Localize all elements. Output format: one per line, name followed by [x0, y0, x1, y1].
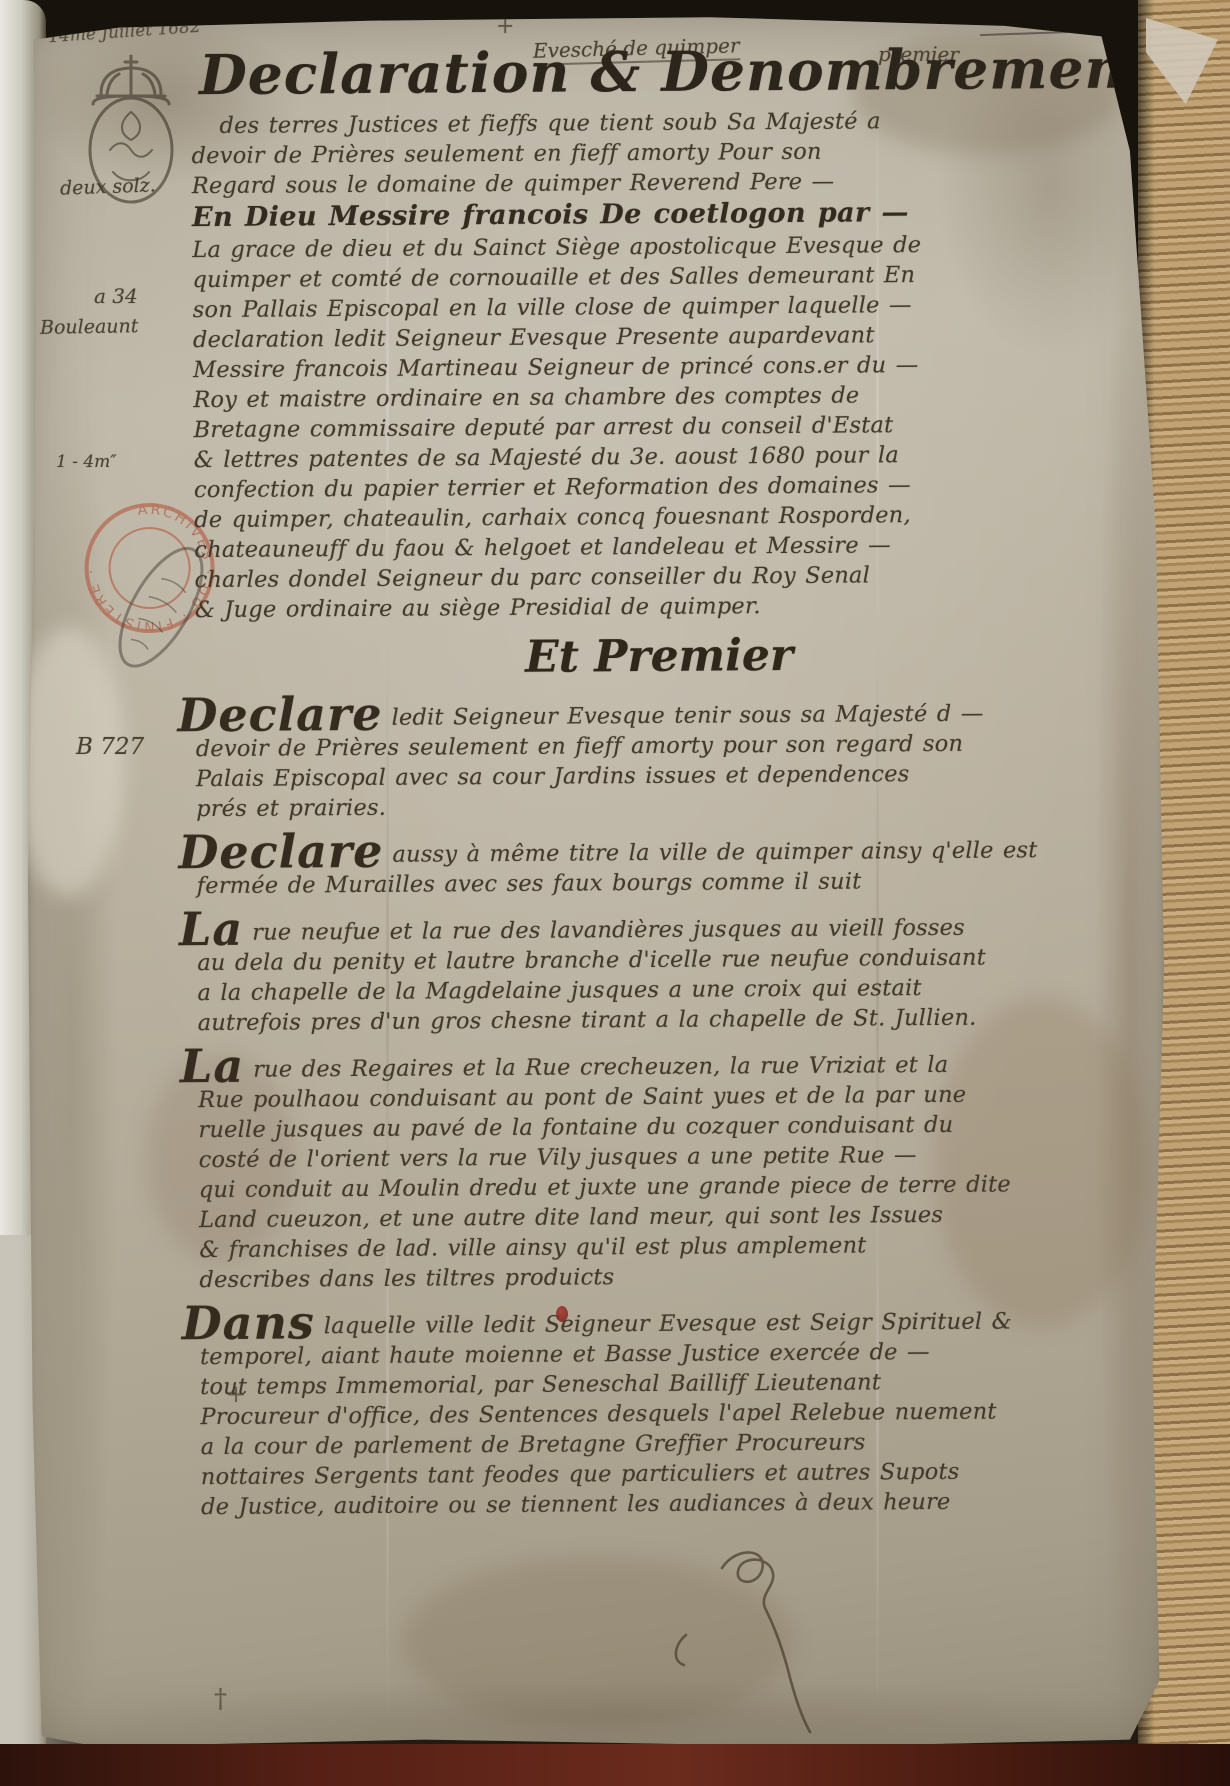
manuscript-line: Procureur d'office, des Sentences desque… — [200, 1396, 1092, 1432]
line-text: chateauneuff du faou & helgoet et landel… — [194, 532, 891, 563]
line-text: de Justice, auditoire ou se tiennent les… — [201, 1489, 951, 1520]
manuscript-line: au dela du penity et lautre branche d'ic… — [197, 942, 1089, 978]
notary-paraph-icon — [626, 1540, 886, 1744]
manuscript-line: & Juge ordinaire au siège Presidial de q… — [195, 589, 1087, 625]
line-text: describes dans les tiltres produicts — [199, 1264, 614, 1293]
paragraph-rue-1: Larue neufue et la rue des lavandières j… — [197, 908, 1090, 1038]
line-text: En Dieu Messire francois De coetlogon pa… — [192, 197, 909, 233]
manuscript-line: nottaires Sergents tant feodes que parti… — [201, 1456, 1093, 1492]
line-text: de quimper, chateaulin, carhaix concq fo… — [194, 502, 911, 533]
line-text: Land cueuzon, et une autre dite land meu… — [199, 1202, 943, 1233]
line-lead: Declare — [177, 704, 382, 725]
folio-name-note: Bouleaunt — [40, 315, 139, 339]
line-text: autrefois pres d'un gros chesne tirant a… — [198, 1005, 977, 1036]
line-text: ledit Seigneur Evesque tenir sous sa Maj… — [391, 701, 983, 731]
bottom-binding-edge — [0, 1744, 1230, 1786]
archive-cote-note: B 727 — [76, 734, 144, 760]
date-note: 14me Juillet 1682 — [47, 17, 201, 48]
line-text: rue des Regaires et la Rue crecheuzen, l… — [253, 1052, 948, 1083]
manuscript-line: de Justice, auditoire ou se tiennent les… — [201, 1486, 1093, 1522]
line-text: laquelle ville ledit Seigneur Evesque es… — [324, 1308, 1012, 1339]
line-text: aussy à même titre la ville de quimper a… — [392, 837, 1037, 868]
wax-dot — [556, 1306, 568, 1322]
line-text: a la chapelle de la Magdelaine jusques a… — [197, 975, 921, 1006]
line-text: charles dondel Seigneur du parc conseill… — [195, 562, 871, 593]
manuscript-line: autrefois pres d'un gros chesne tirant a… — [198, 1002, 1090, 1038]
photo-background: 14me Juillet 1682 + Evesché de quimper p… — [0, 0, 1230, 1786]
line-lead: La — [180, 1056, 244, 1076]
manuscript-line: prés et prairies. — [196, 788, 1088, 824]
dagger-mark-icon: † — [214, 1684, 227, 1714]
section-heading: Et Premier — [525, 627, 1087, 685]
manuscript-line: qui conduit au Moulin dredu et juxte une… — [199, 1169, 1091, 1205]
line-text: Rue poulhaou conduisant au pont de Saint… — [198, 1082, 966, 1113]
line-text: au dela du penity et lautre branche d'ic… — [197, 945, 986, 977]
line-text: son Pallais Episcopal en la ville close … — [193, 292, 912, 323]
line-text: Procureur d'office, des Sentences desque… — [200, 1399, 996, 1431]
manuscript-line: describes dans les tiltres produicts — [199, 1259, 1091, 1295]
royal-tax-stamp-icon — [70, 50, 192, 212]
manuscript-line: Declareaussy à même titre la ville de qu… — [178, 831, 1088, 871]
line-text: Bretagne commissaire deputé par arrest d… — [193, 412, 893, 443]
intro-paragraph: des terres Justices et fieffs que tient … — [191, 105, 1087, 625]
line-lead: La — [179, 919, 243, 939]
piece-ref-note: 1 - 4m″ — [56, 452, 117, 472]
line-text: La grace de dieu et du Sainct Siège apos… — [192, 232, 921, 263]
line-text: declaration ledit Seigneur Evesque Prese… — [193, 322, 875, 353]
line-text: Palais Episcopal avec sa cour Jardins is… — [196, 761, 910, 792]
line-text: devoir de Prières seulement en fieff amo… — [192, 139, 822, 169]
line-text: Regard sous le domaine de quimper Revere… — [192, 169, 835, 199]
line-text: qui conduit au Moulin dredu et juxte une… — [199, 1171, 1011, 1203]
manuscript-line: Danslaquelle ville ledit Seigneur Evesqu… — [182, 1302, 1092, 1342]
cross-mark-icon: + — [496, 14, 514, 39]
line-text: a la cour de parlement de Bretagne Greff… — [201, 1429, 866, 1460]
paragraph-declare-1: Declareledit Seigneur Evesque tenir sous… — [195, 694, 1088, 824]
manuscript-text-column: Declaration & Denombrement ≡ des terres … — [191, 37, 1093, 1522]
line-text: des terres Justices et fieffs que tient … — [219, 108, 880, 139]
line-text: tout temps Immemorial, par Seneschal Bai… — [200, 1369, 881, 1400]
line-text: ruelle jusques au pavé de la fontaine du… — [198, 1112, 953, 1143]
manuscript-line: Rue poulhaou conduisant au pont de Saint… — [198, 1079, 1090, 1115]
line-text: nottaires Sergents tant feodes que parti… — [201, 1459, 960, 1490]
line-text: prés et prairies. — [196, 795, 386, 822]
line-text: quimper et comté de cornouaille et des S… — [192, 262, 915, 293]
line-text: & Juge ordinaire au siège Presidial de q… — [195, 593, 761, 623]
line-text: confection du papier terrier et Reformat… — [194, 472, 911, 503]
line-lead: Declare — [178, 841, 383, 862]
folio-ref-note: a 34 — [94, 284, 138, 308]
paragraph-dans: Danslaquelle ville ledit Seigneur Evesqu… — [200, 1302, 1093, 1522]
line-text: & lettres patentes de sa Majesté du 3e. … — [194, 442, 899, 473]
line-text: Roy et maistre ordinaire en sa chambre d… — [193, 382, 859, 413]
line-text: costé de l'orient vers la rue Vily jusqu… — [199, 1142, 917, 1173]
line-text: rue neufue et la rue des lavandières jus… — [252, 915, 965, 946]
paragraph-rue-2: Larue des Regaires et la Rue crecheuzen,… — [198, 1045, 1092, 1295]
title-text: Declaration & Denombrement — [199, 35, 1152, 107]
paragraph-declare-2: Declareaussy à même titre la ville de qu… — [196, 831, 1088, 901]
line-text: Messire francois Martineau Seigneur de p… — [193, 352, 918, 383]
line-lead: Dans — [182, 1312, 315, 1333]
manuscript-page: 14me Juillet 1682 + Evesché de quimper p… — [28, 12, 1164, 1750]
line-text: & franchises de lad. ville ainsy qu'il e… — [199, 1232, 866, 1263]
page-title: Declaration & Denombrement ≡ — [199, 37, 1083, 107]
